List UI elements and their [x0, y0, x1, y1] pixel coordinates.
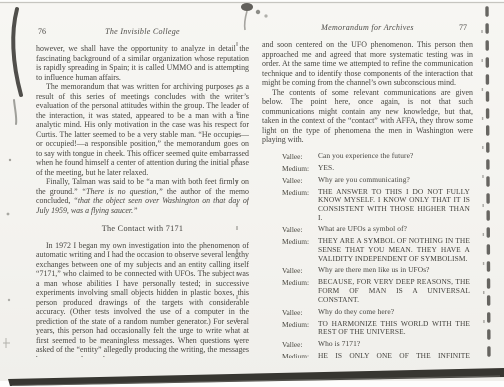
paragraph: In 1972 I began my own investigation int… [36, 241, 249, 358]
right-page-body: and soon centered on the UFO phenomenon.… [262, 40, 473, 145]
dialogue-row: Vallee: Why are you communicating? [262, 176, 473, 185]
speaker-label: Vallee: [282, 308, 316, 317]
speaker-label: Medium: [282, 188, 316, 197]
left-page: 76 The Invisible College however, we sha… [36, 27, 249, 357]
dialogue-text: BECAUSE, FOR VERY DEEP REASONS, THE FORM… [318, 278, 470, 304]
dialogue-row: Vallee: What are UFOs a symbol of? [262, 225, 473, 234]
dialogue-row: Medium: THE ANSWER TO THIS I DO NOT FULL… [262, 188, 473, 223]
scanned-book-photo: { "left_page": { "page_number": "76", "r… [0, 0, 504, 387]
dialogue-row: Medium: BECAUSE, FOR VERY DEEP REASONS, … [262, 278, 473, 304]
dialogue-text: TO HARMONIZE THIS WORLD WITH THE REST OF… [318, 320, 470, 337]
left-running-head: 76 The Invisible College [36, 27, 249, 39]
left-running-title: The Invisible College [36, 27, 249, 36]
dialogue-row: Medium: THEY ARE A SYMBOL OF NOTHING IN … [262, 237, 473, 263]
right-running-title: Memorandum for Archives [262, 23, 473, 32]
dialogue-text: YES. [318, 164, 470, 173]
paragraph: Finally, Talman was said to be “a man wi… [36, 177, 249, 215]
dialogue-text: Can you experience the future? [318, 152, 470, 161]
dialogue-text: What are UFOs a symbol of? [318, 225, 470, 234]
speaker-label: Medium: [282, 352, 316, 358]
speaker-label: Vallee: [282, 176, 316, 185]
dialogue-text: Why are you communicating? [318, 176, 470, 185]
dialogue-row: Medium: TO HARMONIZE THIS WORLD WITH THE… [262, 320, 473, 337]
paragraph: The memorandum that was written for arch… [36, 82, 249, 177]
dialogue-text: Why do they come here? [318, 308, 470, 317]
dialogue-text: THEY ARE A SYMBOL OF NOTHING IN THE SENS… [318, 237, 470, 263]
speaker-label: Vallee: [282, 340, 316, 349]
dialogue-text: HE IS ONLY ONE OF THE INFINITE NUMBER OF… [318, 352, 470, 358]
speaker-label: Vallee: [282, 225, 316, 234]
dialogue-row: Vallee: Why do they come here? [262, 308, 473, 317]
dialogue-row: Medium: HE IS ONLY ONE OF THE INFINITE N… [262, 352, 473, 358]
paragraph: and soon centered on the UFO phenomenon.… [262, 40, 473, 88]
dialogue-text: Why are there men like us in UFOs? [318, 266, 470, 275]
dialogue-row: Vallee: Can you experience the future? [262, 152, 473, 161]
speaker-label: Medium: [282, 237, 316, 246]
speaker-label: Vallee: [282, 152, 316, 161]
section-heading: The Contact with 7171 [36, 224, 249, 234]
dialogue-row: Vallee: Who is 7171? [262, 340, 473, 349]
speaker-label: Medium: [282, 320, 316, 329]
speaker-label: Medium: [282, 164, 316, 173]
paragraph: The contents of some relevant communicat… [262, 88, 473, 145]
right-page: Memorandum for Archives 77 and soon cent… [262, 23, 473, 358]
left-page-number: 76 [38, 27, 46, 36]
speaker-label: Vallee: [282, 266, 316, 275]
dialogue-row: Vallee: Why are there men like us in UFO… [262, 266, 473, 275]
right-page-number: 77 [459, 23, 467, 32]
paragraph-segment-italic: “There is no question,” [82, 187, 163, 196]
dialogue-text: THE ANSWER TO THIS I DO NOT FULLY KNOW M… [318, 188, 470, 223]
book-spread: 76 The Invisible College however, we sha… [0, 3, 504, 381]
speaker-label: Medium: [282, 278, 316, 287]
right-running-head: Memorandum for Archives 77 [262, 23, 473, 35]
paragraph: however, we shall have the opportunity t… [36, 44, 249, 82]
left-page-body: however, we shall have the opportunity t… [36, 44, 249, 357]
dialogue-text: Who is 7171? [318, 340, 470, 349]
dialogue-row: Medium: YES. [262, 164, 473, 173]
dialogue-transcript: Vallee: Can you experience the future? M… [262, 152, 473, 359]
